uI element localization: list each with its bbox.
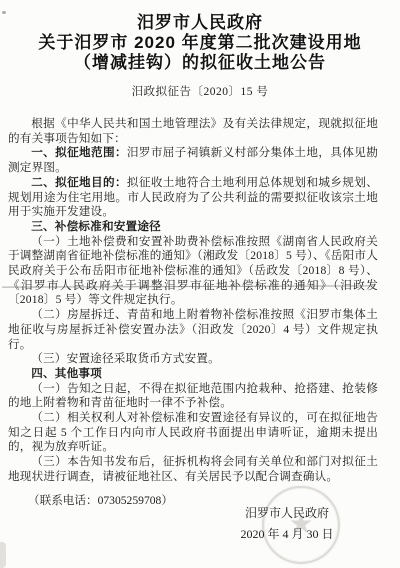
body-paragraph: （三）本告知书发布后，征拆机构将会同有关单位和部门对拟征土地现状进行调查，请被征… — [8, 455, 378, 484]
document-title: 汨罗市人民政府 关于汨罗市 2020 年度第二批次建设用地 （增减挂钩）的拟征收… — [0, 0, 400, 73]
document-page: 汨罗市人民政府 关于汨罗市 2020 年度第二批次建设用地 （增减挂钩）的拟征收… — [0, 0, 400, 568]
signature-issuer: 汨罗市人民政府 — [212, 503, 362, 524]
title-line-3: （增减挂钩）的拟征收土地公告 — [0, 53, 400, 73]
body-paragraph: （二）相关权利人对补偿标准和安置途径有异议的，可在拟征地告知之日起 5 个工作日… — [8, 411, 378, 455]
body-paragraph: 一、拟征地范围：汨罗市屈子祠镇新义村部分集体土地，具体见勘测定界图。 — [8, 146, 378, 175]
text-run: （二）房屋拆迁、青苗和地上附着物补偿标准按照《汨罗市集体土地征收与房屋拆迁补偿安… — [8, 308, 378, 350]
document-body: 根据《中华人民共和国土地管理法》及有关法律规定，现就拟征地的有关事项告知如下：一… — [0, 117, 400, 485]
body-paragraph: 四、其他事项 — [8, 367, 378, 382]
body-paragraph: 三、补偿标准和安置途径 — [8, 220, 378, 235]
text-run: 根据《中华人民共和国土地管理法》及有关法律规定，现就拟征地的有关事项告知如下： — [8, 117, 378, 145]
body-paragraph: （一）告知之日起，不得在拟征地范围内抢栽种、抢搭建、抢装修的地上附着物和青苗征地… — [8, 382, 378, 411]
title-line-2: 关于汨罗市 2020 年度第二批次建设用地 — [0, 33, 400, 53]
body-paragraph: 二、拟征地目的：拟征收土地符合土地利用总体规划和城乡规划、规划用途为住宅用地。市… — [8, 176, 378, 220]
signature-block: 汨罗市人民政府 2020 年 4 月 30 日 — [212, 503, 362, 545]
body-paragraph: 根据《中华人民共和国土地管理法》及有关法律规定，现就拟征地的有关事项告知如下： — [8, 117, 378, 146]
body-paragraph: （二）房屋拆迁、青苗和地上附着物补偿标准按照《汨罗市集体土地征收与房屋拆迁补偿安… — [8, 308, 378, 352]
text-run: （三）本告知书发布后，征拆机构将会同有关单位和部门对拟征土地现状进行调查，请被征… — [8, 455, 378, 483]
text-run: 四、其他事项 — [31, 367, 102, 380]
text-run: 一、拟征地范围： — [31, 146, 127, 159]
signature-date: 2020 年 4 月 30 日 — [212, 524, 362, 545]
body-paragraph: （三）安置途径采取货币方式安置。 — [8, 352, 378, 367]
text-run: （二）相关权利人对补偿标准和安置途径有异议的，可在拟征地告知之日起 5 个工作日… — [8, 411, 378, 453]
text-run: （一）告知之日起，不得在拟征地范围内抢栽种、抢搭建、抢装修的地上附着物和青苗征地… — [8, 382, 378, 410]
scan-speck — [2, 11, 6, 14]
text-run: 三、补偿标准和安置途径 — [31, 220, 161, 233]
doc-number: 汨政拟征告〔2020〕15 号 — [0, 85, 400, 99]
text-run: 二、拟征地目的： — [31, 176, 127, 189]
text-run: （一）土地补偿费和安置补助费补偿标准按照《湖南省人民政府关于调整湖南省征地补偿标… — [8, 235, 378, 307]
text-run: （三）安置途径采取货币方式安置。 — [31, 352, 220, 365]
body-paragraph: （一）土地补偿费和安置补助费补偿标准按照《湖南省人民政府关于调整湖南省征地补偿标… — [8, 235, 378, 309]
scan-smudge — [0, 542, 6, 568]
title-line-1: 汨罗市人民政府 — [0, 13, 400, 33]
